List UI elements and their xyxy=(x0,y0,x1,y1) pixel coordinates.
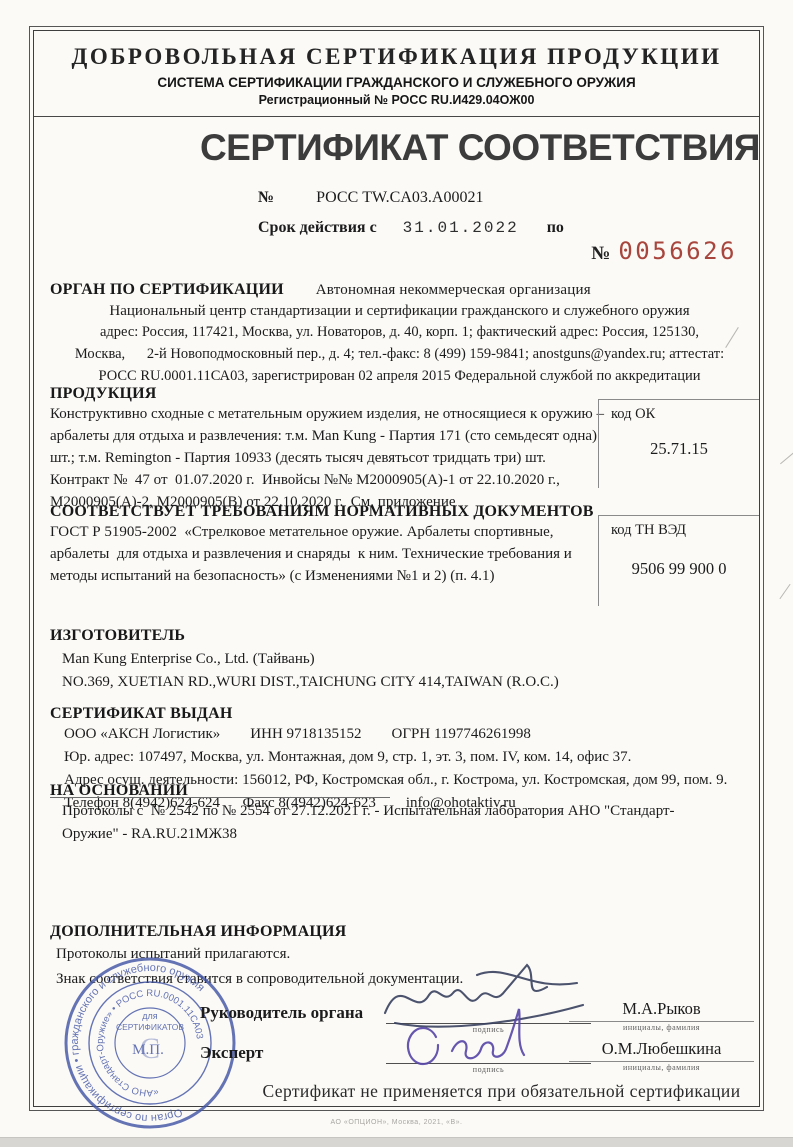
certification-body-type: Автономная некоммерческая организация xyxy=(316,282,591,298)
tnved-code-box: код ТН ВЭД 9506 99 900 0 xyxy=(598,515,759,606)
number-sign-label: № xyxy=(258,189,274,206)
head-of-body-label: Руководитель органа xyxy=(200,1003,363,1023)
certification-body-section: ОРГАН ПО СЕРТИФИКАЦИИ Автономная некомме… xyxy=(50,281,749,386)
ok-code-label: код ОК xyxy=(599,400,759,423)
certificate-number: РОСС TW.CA03.A00021 xyxy=(316,189,483,206)
basis-section: Протоколы с № 2542 по № 2554 от 27.12.20… xyxy=(50,800,712,845)
expert-name-field: О.М.Любешкина инициалы, фамилия xyxy=(569,1039,754,1072)
issued-to-heading: СЕРТИФИКАТ ВЫДАН xyxy=(50,705,762,723)
certification-body-address-1: адрес: Россия, 117421, Москва, ул. Новат… xyxy=(50,322,749,342)
manufacturer-heading: ИЗГОТОВИТЕЛЬ xyxy=(50,627,750,645)
form-number-value: 0056626 xyxy=(618,237,737,265)
product-section: ПРОДУКЦИЯ Конструктивно сходные с метате… xyxy=(50,385,608,513)
print-shop-imprint: АО «ОПЦИОН», Москва, 2021, «В». xyxy=(0,1119,793,1126)
name-line xyxy=(569,1021,754,1022)
additional-info-heading: ДОПОЛНИТЕЛЬНАЯ ИНФОРМАЦИЯ xyxy=(50,923,750,941)
scan-artifact xyxy=(780,451,793,465)
expert-name: О.М.Любешкина xyxy=(569,1039,754,1061)
system-registration-number: Регистрационный № РОСС RU.И429.04ОЖ00 xyxy=(34,93,759,107)
ok-code-box: код ОК 25.71.15 xyxy=(598,399,759,488)
manufacturer-address: NO.369, XUETIAN RD.,WURI DIST.,TAICHUNG … xyxy=(62,671,750,694)
head-name: М.А.Рыков xyxy=(569,999,754,1021)
name-caption: инициалы, фамилия xyxy=(569,1023,754,1032)
signature-line xyxy=(386,1063,591,1064)
validity-row: Срок действия с31.01.2022по xyxy=(258,219,564,237)
certificate-body: СЕРТИФИКАТ СООТВЕТСТВИЯ №РОСС TW.CA03.A0… xyxy=(34,119,759,1106)
manufacturer-section: ИЗГОТОВИТЕЛЬ Man Kung Enterprise Co., Lt… xyxy=(50,627,750,695)
system-title: ДОБРОВОЛЬНАЯ СЕРТИФИКАЦИЯ ПРОДУКЦИИ xyxy=(34,44,759,70)
certificate-number-row: №РОСС TW.CA03.A00021 xyxy=(258,189,483,207)
certificate-frame: ДОБРОВОЛЬНАЯ СЕРТИФИКАЦИЯ ПРОДУКЦИИ СИСТ… xyxy=(33,30,760,1107)
name-line xyxy=(569,1061,754,1062)
signature-caption: подпись xyxy=(386,1025,591,1034)
tnved-code-value: 9506 99 900 0 xyxy=(599,559,759,579)
compliance-heading: СООТВЕТСТВУЕТ ТРЕБОВАНИЯМ НОРМАТИВНЫХ ДО… xyxy=(50,503,612,521)
product-description: Конструктивно сходные с метательным оруж… xyxy=(50,403,608,513)
certification-body-address-3: РОСС RU.0001.11СА03, зарегистрирован 02 … xyxy=(50,366,749,386)
expert-label: Эксперт xyxy=(200,1043,263,1063)
system-subtitle: СИСТЕМА СЕРТИФИКАЦИИ ГРАЖДАНСКОГО И СЛУЖ… xyxy=(34,75,759,90)
expert-signature-field: подпись xyxy=(386,1063,591,1074)
certification-body-address-2: Москва, 2-й Новоподмосковный пер., д. 4;… xyxy=(50,344,749,364)
certificate-scan: ДОБРОВОЛЬНАЯ СЕРТИФИКАЦИЯ ПРОДУКЦИИ СИСТ… xyxy=(0,0,793,1147)
head-name-field: М.А.Рыков инициалы, фамилия xyxy=(569,999,754,1032)
certificate-header: ДОБРОВОЛЬНАЯ СЕРТИФИКАЦИЯ ПРОДУКЦИИ СИСТ… xyxy=(34,31,759,117)
stamp-center-line1: для xyxy=(142,1011,158,1021)
certification-body-heading: ОРГАН ПО СЕРТИФИКАЦИИ xyxy=(50,281,284,298)
issued-to-company: ООО «АКСН Логистик» ИНН 9718135152 ОГРН … xyxy=(64,723,762,746)
form-number-sign: № xyxy=(591,243,610,264)
basis-text: Протоколы с № 2542 по № 2554 от 27.12.20… xyxy=(62,800,712,845)
validity-to-label: по xyxy=(547,219,564,236)
certification-body-name: Национальный центр стандартизации и серт… xyxy=(50,303,749,320)
name-caption: инициалы, фамилия xyxy=(569,1063,754,1072)
scan-artifact xyxy=(779,584,790,599)
certificate-title: СЕРТИФИКАТ СООТВЕТСТВИЯ xyxy=(199,127,761,169)
form-number-row: №0056626 xyxy=(591,237,737,265)
signature-caption: подпись xyxy=(386,1065,591,1074)
validity-from-label: Срок действия с xyxy=(258,219,377,236)
issued-to-legal-address: Юр. адрес: 107497, Москва, ул. Монтажная… xyxy=(64,746,762,769)
basis-heading: НА ОСНОВАНИИ xyxy=(50,782,188,800)
scan-edge-strip xyxy=(0,1137,793,1147)
product-heading: ПРОДУКЦИЯ xyxy=(50,385,608,403)
mandatory-certification-note: Сертификат не применяется при обязательн… xyxy=(249,1081,754,1102)
stamp-center-line2: СЕРТИФИКАТОВ xyxy=(116,1022,184,1032)
compliance-text: ГОСТ Р 51905-2002 «Стрелковое метательно… xyxy=(50,521,612,587)
ok-code-value: 25.71.15 xyxy=(599,439,759,459)
head-signature-field: подпись xyxy=(386,1023,591,1034)
manufacturer-name: Man Kung Enterprise Co., Ltd. (Тайвань) xyxy=(62,648,750,671)
tnved-code-label: код ТН ВЭД xyxy=(599,516,759,539)
stamp-mp-mark: М.П. xyxy=(132,1042,164,1058)
compliance-section: СООТВЕТСТВУЕТ ТРЕБОВАНИЯМ НОРМАТИВНЫХ ДО… xyxy=(50,503,612,587)
validity-from-date: 31.01.2022 xyxy=(403,219,519,237)
signature-line xyxy=(386,1023,591,1024)
